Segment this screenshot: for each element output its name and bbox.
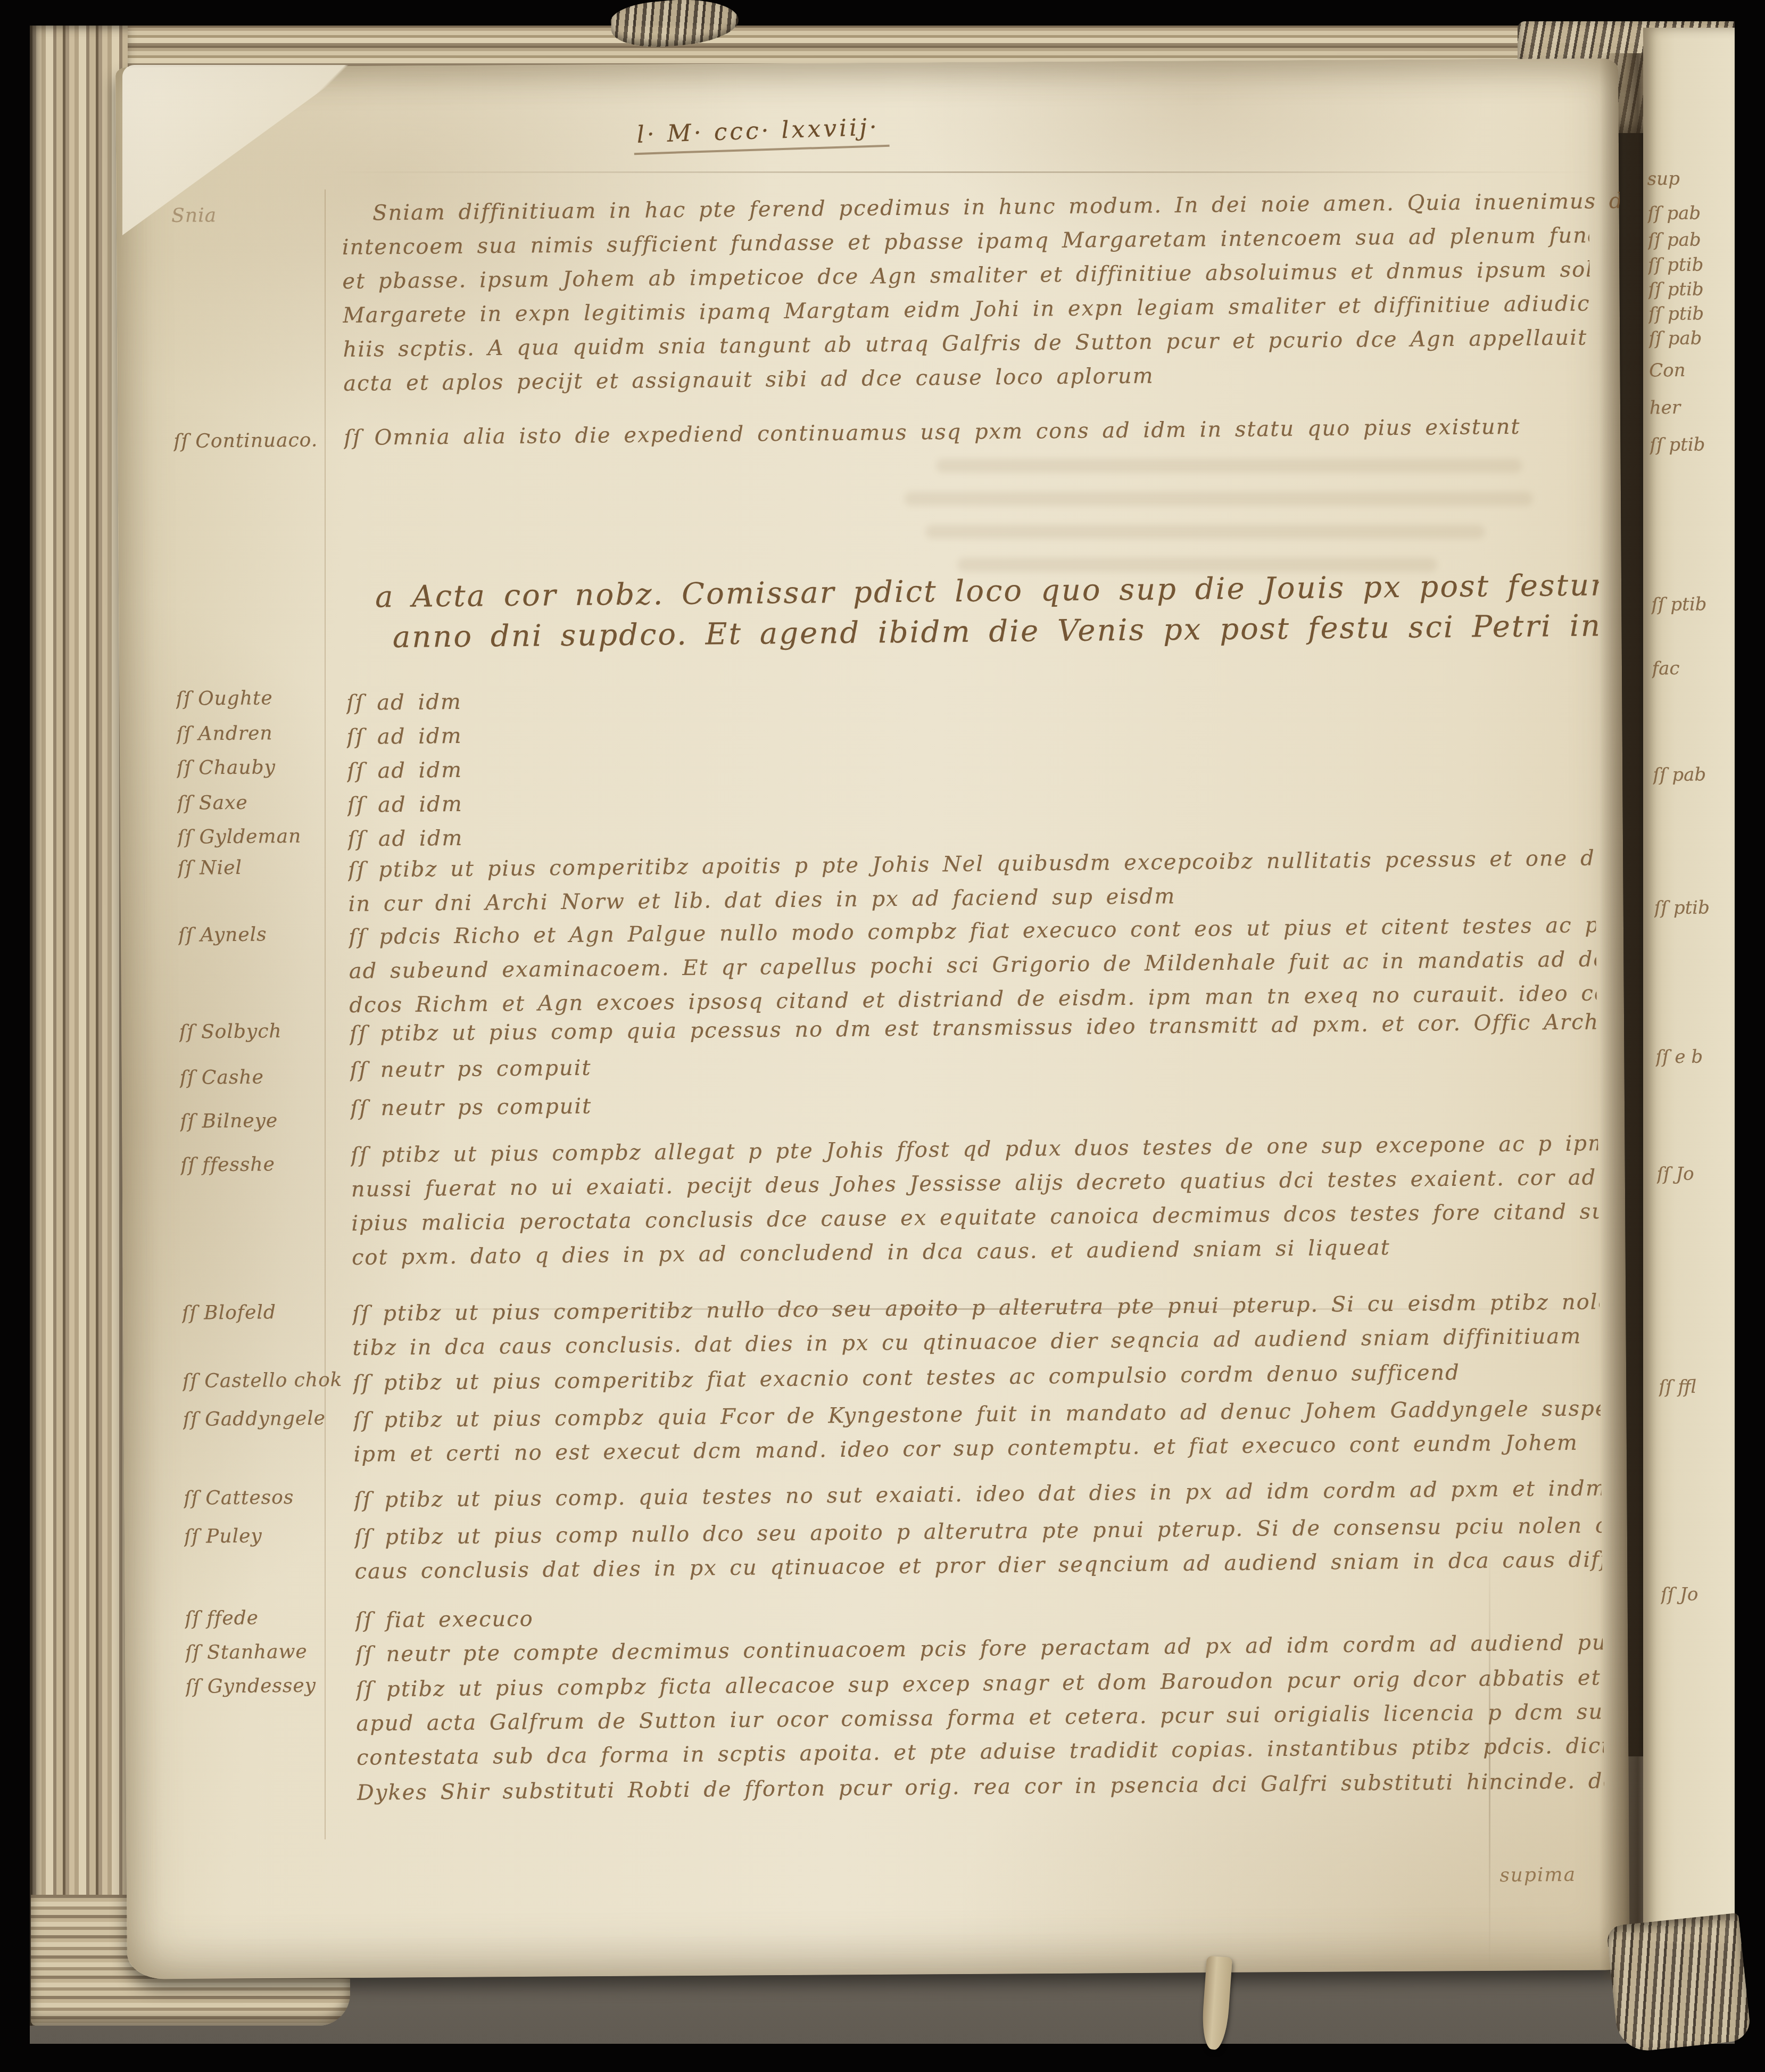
body-line: ad subeund examinacoem. Et qr capellus p… (349, 947, 1596, 983)
margin-label: ſſ Niel (178, 856, 337, 879)
margin-label: ſſ Gyndessey (186, 1674, 345, 1698)
margin-label: ſſ Chauby (177, 756, 336, 779)
facing-page-fragment: ſſ ptib (1648, 254, 1733, 276)
facing-page-fragment: ſſ ptib (1648, 303, 1734, 325)
margin-label: ſſ Puley (184, 1524, 344, 1548)
text-layer: l· M· ccc· lxxviij· Snia ſſ Continuaco. … (0, 0, 1765, 2072)
body-line: nussi fuerat no ui exaiati. pecijt deus … (351, 1165, 1598, 1201)
facing-page-fragment: sup (1647, 168, 1733, 190)
folio-number: l· M· ccc· lxxviij· (633, 113, 890, 155)
catchword: supima (1499, 1864, 1576, 1886)
margin-label: ſſ Solbych (179, 1020, 339, 1043)
margin-label: ſſ Stanhawe (185, 1640, 345, 1664)
margin-label: ſſ Cashe (180, 1066, 339, 1089)
margin-label: ſſ Gaddyngele (183, 1407, 343, 1431)
body-line: apud acta Galfrum de Sutton iur ocor com… (356, 1699, 1603, 1736)
facing-page-fragment: ſſ ptib (1651, 593, 1736, 616)
body-line: ſſ ptibz ut pius comp. quia testes no su… (354, 1476, 1601, 1512)
facing-page-fragment: ſſ pab (1647, 202, 1733, 225)
facing-page-fragment: ſſ ptib (1654, 897, 1739, 919)
body-line: cot pxm. dato q dies in px ad concludend… (352, 1233, 1599, 1269)
manuscript-photo: l· M· ccc· lxxviij· Snia ſſ Continuaco. … (0, 0, 1765, 2072)
body-line: ſſ ad idm (347, 781, 1595, 817)
facing-page-fragment: fac (1652, 657, 1737, 680)
body-line: contestata sub dca forma in scptis apoit… (357, 1733, 1604, 1770)
session-heading-line: a Acta cor nobz. Comissar pdict loco quo… (375, 568, 1600, 614)
body-line: ſſ ad idm (347, 747, 1594, 783)
margin-label: ſſ Gyldeman (177, 825, 337, 848)
body-line: ſſ pdcis Richo et Agn Palgue nullo modo … (349, 913, 1596, 949)
margin-label: ſſ Cattesos (184, 1486, 343, 1509)
body-line: ſſ ad idm (346, 679, 1594, 715)
body-line: ſſ ptibz ut pius comperitibz nullo dco s… (352, 1290, 1600, 1326)
body-line: ſſ ptibz ut pius comperitibz apoitis p p… (348, 846, 1595, 882)
body-line: ſſ ptibz ut pius compbz ficta allecacoe … (356, 1665, 1603, 1702)
body-line: ſſ neutr ps compuit (350, 1084, 1597, 1120)
body-line: ſſ ptibz ut pius comperitibz fiat exacni… (353, 1359, 1600, 1395)
margin-label: ſſ Saxe (177, 791, 337, 814)
facing-page-fragment: her (1650, 397, 1735, 419)
body-line: ſſ ad idm (346, 713, 1594, 749)
margin-label: ſſ Oughte (176, 687, 336, 710)
margin-label: ſſ Aynels (178, 923, 338, 946)
body-line: ſſ neutr pte compte decmimus continuacoe… (355, 1630, 1603, 1666)
body-line: caus conclusis dat dies in px cu qtinuac… (354, 1547, 1602, 1583)
margin-label: ſſ Castello chokk (183, 1369, 342, 1392)
body-line: tibz in dca caus conclusis. dat dies in … (352, 1324, 1600, 1360)
facing-page-fragment: Con (1649, 359, 1734, 382)
body-line: ipius malicia peroctata conclusis dce ca… (351, 1199, 1598, 1235)
body-line: Margarete in expn legitimis ipamq Margta… (343, 291, 1590, 327)
margin-label: ſſ Continuaco. (173, 429, 333, 452)
body-line: ſſ Omnia alia isto die expediend continu… (344, 414, 1591, 450)
facing-page-fragment: ſſ pab (1648, 327, 1734, 350)
body-line: ſſ ptibz ut pius compbz allegat p pte Jo… (351, 1131, 1598, 1167)
body-line: acta et aplos pecijt et assignauit sibi … (343, 359, 1590, 395)
facing-page-fragment: ſſ ffl (1659, 1376, 1744, 1398)
facing-page-fragment: ſſ Jo (1661, 1583, 1746, 1606)
margin-label: ſſ ffesshe (180, 1153, 340, 1176)
body-line: ipm et certi no est execut dcm mand. ide… (353, 1430, 1601, 1466)
facing-page-fragment: ſſ e b (1655, 1046, 1741, 1068)
body-line: Dykes Shir substituti Robti de fforton p… (357, 1769, 1604, 1805)
margin-label: ſſ Blofeld (182, 1301, 342, 1324)
margin-label: ſſ Andren (176, 722, 336, 745)
margin-label: ſſ Bilneye (180, 1109, 339, 1133)
body-line: ſſ ptibz ut pius comp nullo dco seu apoi… (354, 1513, 1602, 1549)
margin-label: Snia (171, 203, 331, 227)
body-line: intencoem sua nimis sufficient fundasse … (342, 223, 1589, 259)
session-heading-line: anno dni supdco. Et agend ibidm die Veni… (393, 608, 1617, 655)
body-line: Sniam diffinitiuam in hac pte ferend pce… (372, 189, 1620, 225)
facing-page-fragment: ſſ Jo (1656, 1163, 1742, 1185)
facing-page-fragment: ſſ ptib (1648, 278, 1733, 301)
body-line: ſſ ad idm (347, 815, 1595, 851)
margin-label: ſſ ffede (185, 1606, 344, 1630)
facing-page-fragment: ſſ pab (1648, 229, 1733, 251)
body-line: ſſ neutr ps compuit (350, 1046, 1597, 1082)
facing-page-fragment: ſſ ptib (1650, 434, 1735, 456)
body-line: et pbasse. ipsum Johem ab impeticoe dce … (342, 257, 1589, 293)
body-line: hiis scptis. A qua quidm snia tangunt ab… (343, 325, 1590, 361)
body-line: ſſ fiat execuco (355, 1596, 1602, 1632)
facing-page-fragment: ſſ pab (1653, 764, 1738, 786)
body-line: in cur dni Archi Norw et lib. dat dies i… (348, 880, 1595, 916)
body-line: ſſ ptibz ut pius compbz quia Fcor de Kyn… (353, 1396, 1601, 1432)
